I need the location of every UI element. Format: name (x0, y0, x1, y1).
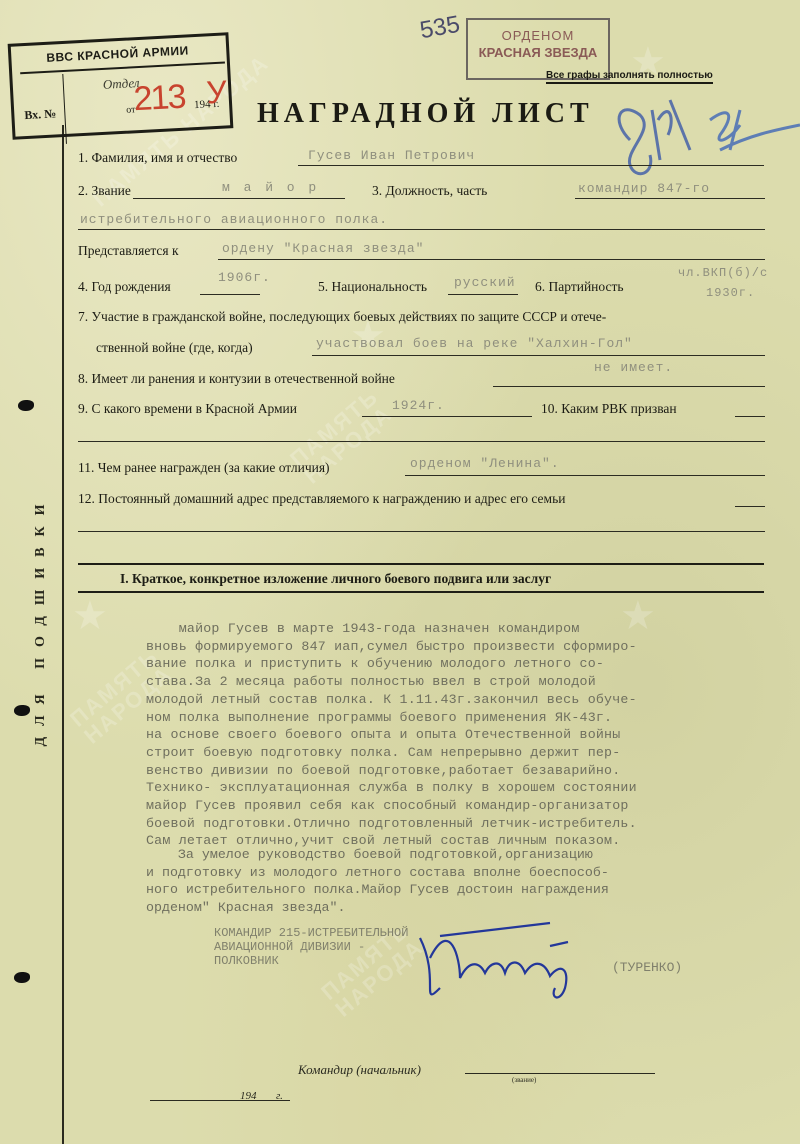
commander-label: Командир (начальник) (298, 1062, 421, 1078)
field-label-rank: 2. Звание (78, 183, 131, 199)
section-rule (78, 591, 764, 593)
field-value-position: командир 847-го (578, 181, 710, 196)
field-label-war-participation: 7. Участие в гражданской войне, последую… (78, 309, 606, 325)
field-value-wounds: не имеет. (594, 360, 673, 375)
field-value-prior-awards: орденом "Ленина". (410, 456, 560, 471)
field-value-party-year: 1930г. (706, 286, 755, 300)
award-narrative: майор Гусев в марте 1943-года назначен к… (146, 620, 800, 850)
punch-hole (18, 400, 34, 411)
binding-label: ДЛЯ ПОДШИВКИ (26, 470, 56, 770)
field-label-award: Представляется к (78, 243, 179, 259)
field-value-war-participation: участвовал боев на реке "Халхин-Гол" (316, 336, 633, 351)
handwritten-number: 535 (418, 11, 462, 46)
date-suffix: г. (276, 1090, 283, 1102)
field-label-prior-awards: 11. Чем ранее награжден (за какие отличи… (78, 460, 330, 476)
document-title: НАГРАДНОЙ ЛИСТ (257, 98, 594, 130)
field-label-address: 12. Постоянный домашний адрес представля… (78, 491, 565, 507)
section-rule (78, 563, 764, 565)
field-value-service-since: 1924г. (392, 398, 445, 413)
field-label-party: 6. Партийность (535, 279, 624, 295)
field-label-nationality: 5. Национальность (318, 279, 427, 295)
award-narrative-conclusion: За умелое руководство боевой подготовкой… (146, 846, 800, 917)
field-label-war-participation-cont: ственной войне (где, когда) (96, 340, 253, 356)
field-value-position-cont: истребительного авиационного полка. (80, 212, 388, 227)
section-title: I. Краткое, конкретное изложение личного… (120, 571, 551, 587)
signer-name: (ТУРЕНКО) (612, 960, 682, 975)
field-label-position: 3. Должность, часть (372, 183, 487, 199)
field-value-award: ордену "Красная звезда" (222, 241, 424, 256)
field-value-fullname: Гусев Иван Петрович (308, 148, 475, 163)
star-watermark-icon: ★ (72, 592, 108, 639)
field-value-rank: м а й о р (222, 180, 319, 195)
field-label-birth-year: 4. Год рождения (78, 279, 171, 295)
punch-hole (14, 705, 30, 716)
binding-margin-line (62, 125, 64, 1144)
field-label-wounds: 8. Имеет ли ранения и контузии в отечест… (78, 371, 395, 387)
incoming-stamp: ВВС КРАСНОЙ АРМИИ Отдел Вх. № от 194 г. … (8, 32, 234, 139)
rank-caption: (звание) (512, 1076, 536, 1084)
field-value-birth-year: 1906г. (218, 270, 271, 285)
incoming-number: 213 (133, 78, 186, 120)
punch-hole (14, 972, 30, 983)
handwritten-resolution (600, 80, 800, 190)
field-value-party: чл.ВКП(б)/с (678, 266, 768, 280)
field-label-rvk: 10. Каким РВК призван (541, 401, 677, 417)
field-value-nationality: русский (454, 275, 516, 290)
date-year: 194 (240, 1090, 257, 1102)
signature (400, 918, 600, 1008)
field-label-service-since: 9. С какого времени в Красной Армии (78, 401, 297, 417)
signer-title: КОМАНДИР 215-ИСТРЕБИТЕЛЬНОЙ АВИАЦИОННОЙ … (214, 926, 408, 968)
field-label-fullname: 1. Фамилия, имя и отчество (78, 150, 237, 166)
